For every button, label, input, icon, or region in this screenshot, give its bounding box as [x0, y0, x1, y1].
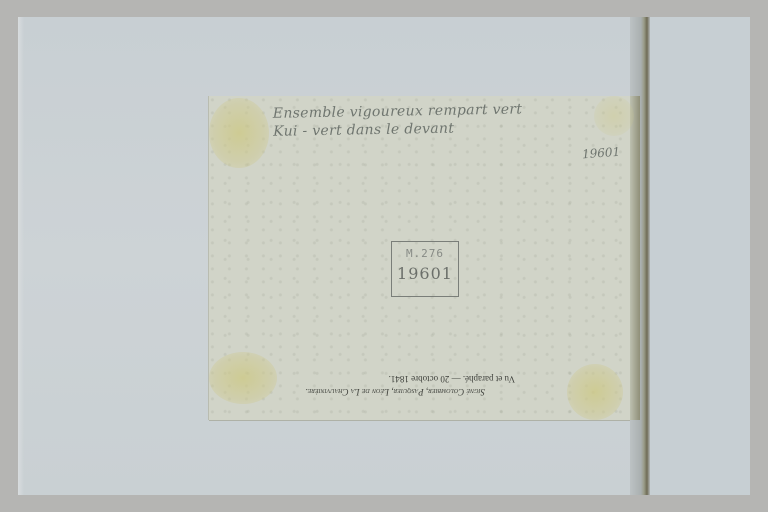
printed-text-upside-down: Signé Colombier, Pasquier, Léon de La Ch… [225, 372, 525, 398]
glue-stain-top-right [594, 96, 634, 136]
card-edge-shadow [630, 96, 640, 420]
handwritten-inventory-number: 19601 [582, 145, 621, 162]
document-photo: Ensemble vigoureux rempart vert Kui - ve… [18, 17, 750, 495]
inventory-stamp: M.276 19601 [391, 241, 459, 297]
stamp-number: 19601 [392, 264, 458, 283]
glue-stain-top-left [209, 98, 269, 168]
paper-card: Ensemble vigoureux rempart vert Kui - ve… [209, 96, 630, 420]
printed-line-date: Vu et paraphé. — 20 octobre 1841. [225, 372, 525, 385]
printed-line-signatures: Signé Colombier, Pasquier, Léon de La Ch… [225, 385, 525, 398]
glue-stain-bottom-right [567, 364, 623, 420]
handwritten-note: Ensemble vigoureux rempart vert Kui - ve… [273, 99, 594, 141]
photo-edge [18, 17, 24, 495]
stamp-top-text: M.276 [392, 247, 458, 260]
mount-board-right [650, 17, 750, 495]
